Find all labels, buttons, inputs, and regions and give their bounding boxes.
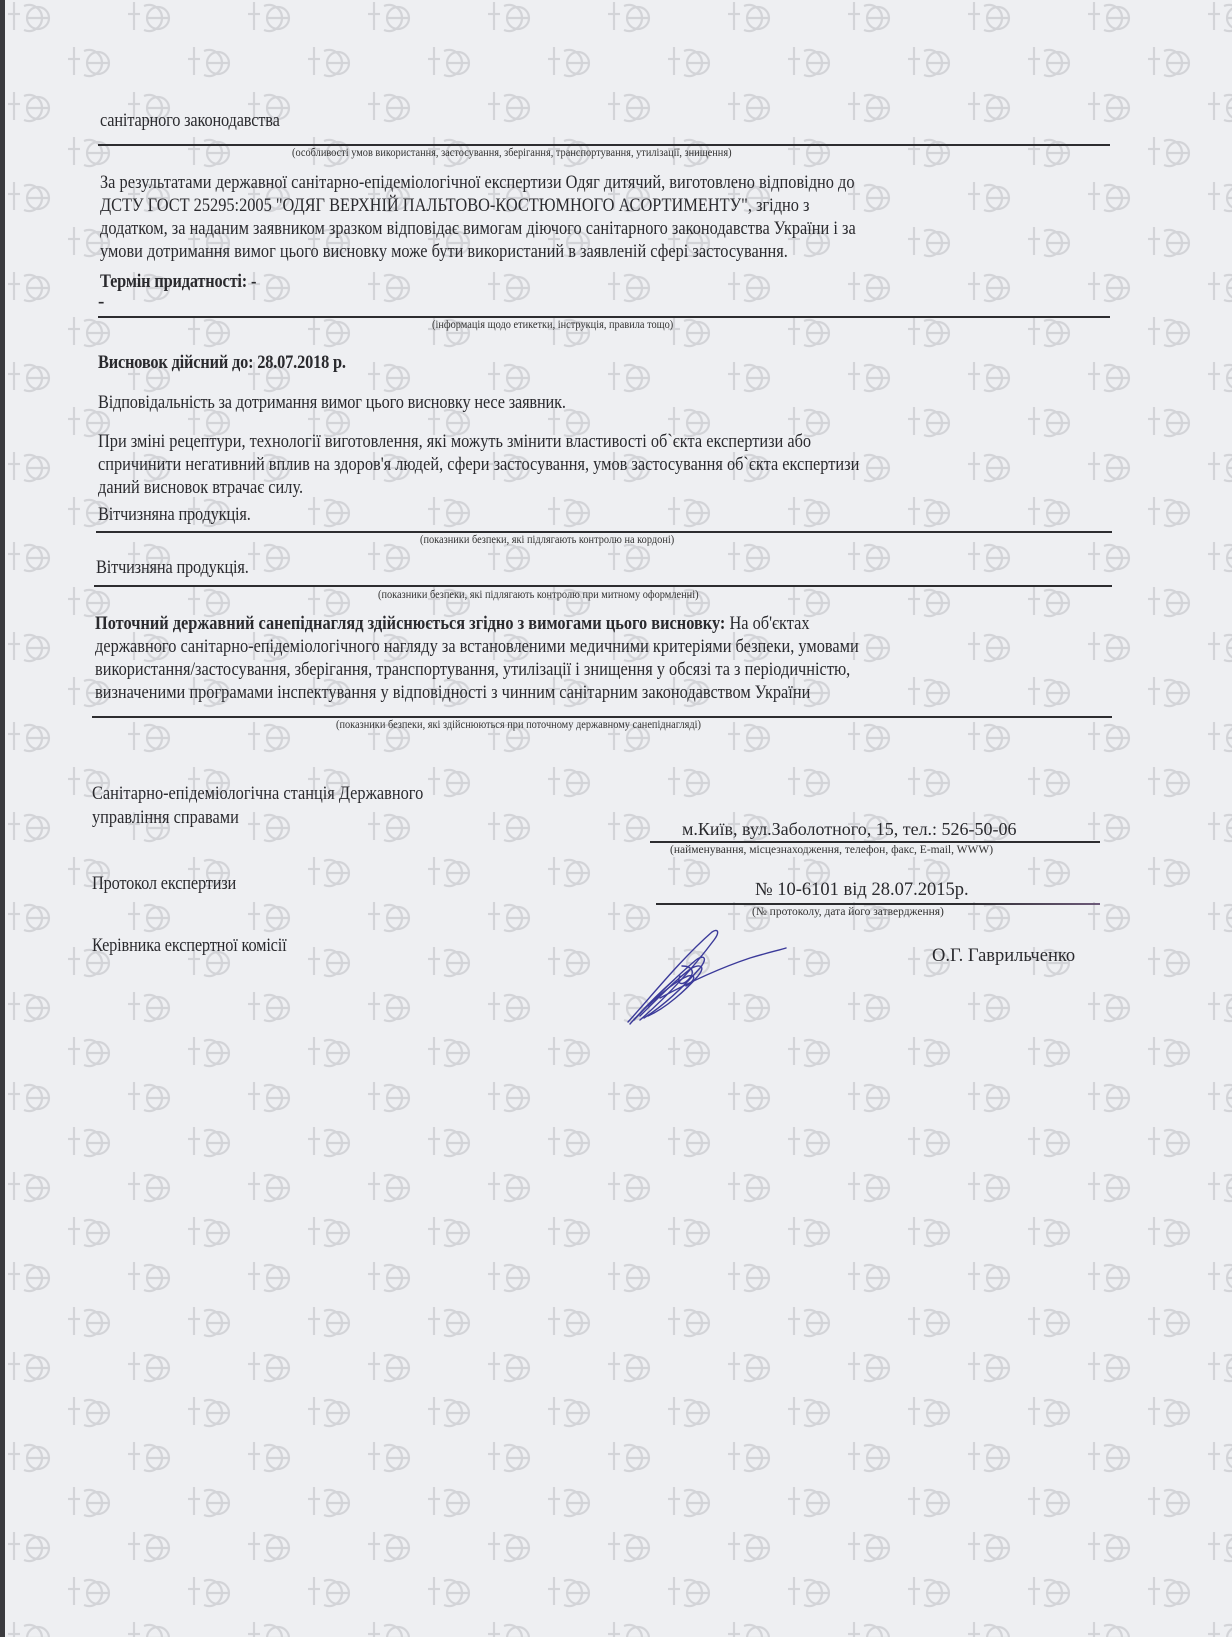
supervision-line: використання/застосування, зберігання, т… (95, 658, 1084, 681)
responsibility-text: Відповідальність за дотримання вимог цьо… (98, 391, 566, 415)
conclusion-line: умови дотримання вимог цього висновку мо… (100, 240, 1089, 263)
protocol-value: № 10-6101 від 28.07.2015р. (755, 879, 969, 901)
intro-caption: (особливості умов використання, застосув… (292, 146, 732, 160)
institution-line: Санітарно-епідеміологічна станція Держав… (92, 782, 1081, 806)
protocol-label: Протокол експертизи (92, 872, 236, 896)
supervision-line: На об'єктах (725, 613, 809, 634)
shelf-life-label: Термін придатності: - (100, 270, 256, 294)
rule-customs (94, 585, 1112, 587)
conclusion-paragraph: За результатами державної санітарно-епід… (100, 171, 1089, 263)
border-control-caption: (показники безпеки, які підлягають контр… (420, 533, 674, 547)
shelf-life-value: - (98, 290, 104, 314)
supervision-line: державного санітарно-епідеміологічного н… (95, 635, 1084, 658)
change-line: спричинити негативний вплив на здоров'я … (98, 453, 1087, 476)
institution-caption: (найменування, місцезнаходження, телефон… (670, 843, 993, 857)
conclusion-line: додатком, за наданим заявником зразком в… (100, 217, 1089, 240)
protocol-caption: (№ протоколу, дата його затвердження) (752, 905, 944, 919)
supervision-line: визначеними програмами інспектування у в… (95, 681, 1084, 704)
customs-caption: (показники безпеки, які підлягають контр… (378, 588, 699, 602)
head-label: Керівника експертної комісії (92, 934, 287, 958)
signature-icon (600, 920, 840, 1040)
supervision-paragraph: Поточний державний санепіднагляд здійсню… (95, 612, 1084, 704)
head-name: О.Г. Гаврильченко (932, 945, 1075, 967)
change-line: даний висновок втрачає силу. (98, 476, 1087, 499)
institution-address: м.Київ, вул.Заболотного, 15, тел.: 526-5… (682, 818, 1017, 840)
intro-line: санітарного законодавства (100, 109, 280, 133)
supervision-heading: Поточний державний санепіднагляд здійсню… (95, 613, 725, 634)
change-paragraph: При зміні рецептури, технології виготовл… (98, 430, 1087, 499)
customs-value: Вітчизняна продукція. (96, 556, 249, 580)
label-caption: (інформація щодо етикетки, інструкція, п… (432, 318, 673, 332)
conclusion-line: ДСТУ ГОСТ 25295:2005 "ОДЯГ ВЕРХНІЙ ПАЛЬТ… (100, 194, 1089, 217)
conclusion-line: За результатами державної санітарно-епід… (100, 171, 1089, 194)
change-line: При зміні рецептури, технології виготовл… (98, 430, 1087, 453)
valid-until: Висновок дійсний до: 28.07.2018 р. (98, 351, 346, 375)
supervision-caption: (показники безпеки, які здійснюються при… (336, 718, 701, 732)
border-control-value: Вітчизняна продукція. (98, 503, 251, 527)
